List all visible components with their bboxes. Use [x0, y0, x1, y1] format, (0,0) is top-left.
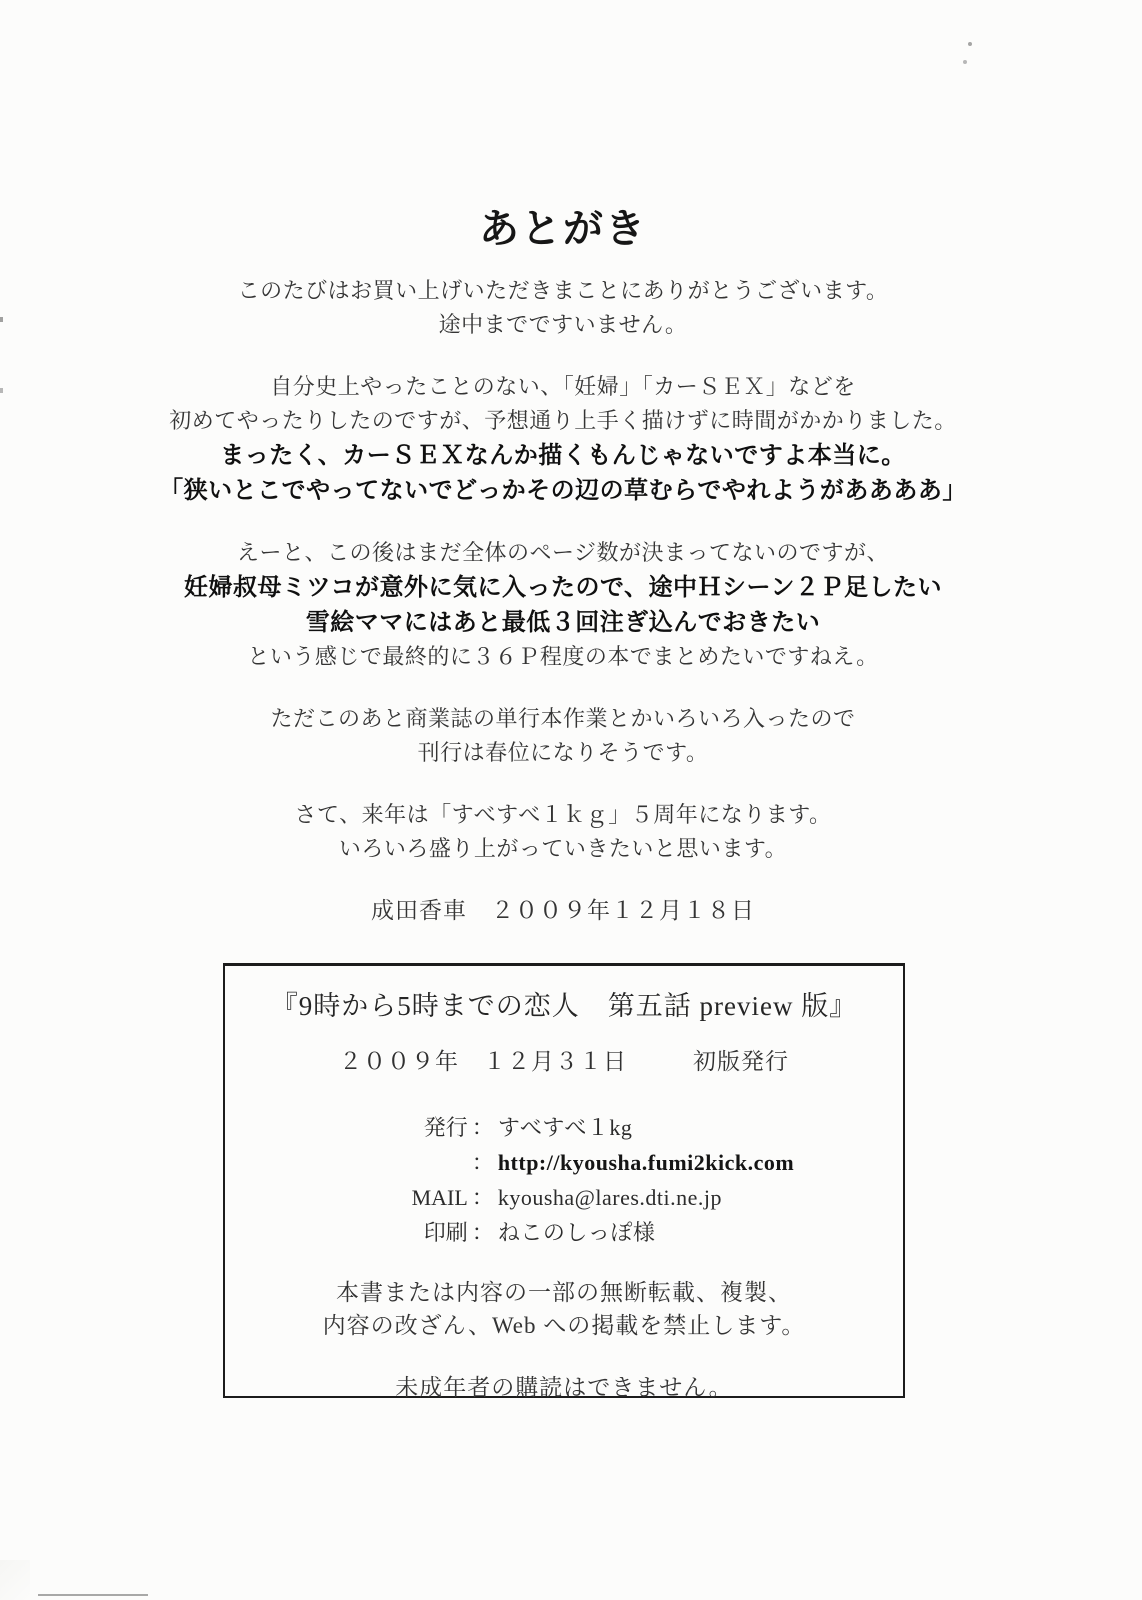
colophon-colon: ： [468, 1180, 498, 1215]
scan-speck [0, 388, 3, 393]
afterword-line: さて、来年は「すべすべ１ｋｇ」５周年になります。 [7, 798, 1119, 832]
afterword-block: このたびはお買い上げいただきまことにありがとうございます。途中までですいません。 [7, 274, 1119, 342]
afterword-line: 刊行は春位になりそうです。 [7, 736, 1119, 770]
afterword-line: 自分史上やったことのない、「妊婦」「カーＳＥＸ」などを [7, 370, 1119, 404]
colophon-colon: ： [468, 1110, 498, 1145]
colophon-value: すべすべ１kg [498, 1110, 794, 1145]
book-title: 『9時から5時までの恋人 第五話 preview 版』 [225, 988, 903, 1024]
afterword-block: 自分史上やったことのない、「妊婦」「カーＳＥＸ」などを初めてやったりしたのですが… [7, 370, 1119, 508]
page-title: あとがき [7, 0, 1119, 254]
afterword-line: 妊婦叔母ミツコが意外に気に入ったので、途中Ｈシーン２Ｐ足したい [7, 570, 1119, 605]
colophon-value: kyousha@lares.dti.ne.jp [498, 1180, 794, 1215]
age-notice: 未成年者の購読はできません。 [225, 1372, 903, 1404]
edition-label: 初版発行 [693, 1046, 789, 1078]
afterword-line: このたびはお買い上げいただきまことにありがとうございます。 [7, 274, 1119, 308]
afterword-line: 「狭いとこでやってないでどっかその辺の草むらでやれようがああああ」 [7, 473, 1119, 508]
colophon-label: MAIL [406, 1180, 468, 1215]
colophon-colon: ： [468, 1145, 498, 1180]
scan-corner-shade [0, 1560, 30, 1600]
colophon-rows: 発行：すべすべ１kg：http://kyousha.fumi2kick.comM… [406, 1110, 794, 1250]
notice-line: 内容の改ざん、Web への掲載を禁止します。 [225, 1309, 903, 1342]
afterword-line: という感じで最終的に３６Ｐ程度の本でまとめたいですねえ。 [7, 640, 1119, 674]
afterword-line: まったく、カーＳＥＸなんか描くもんじゃないですよ本当に。 [7, 438, 1119, 473]
afterword-line: いろいろ盛り上がっていきたいと思います。 [7, 832, 1119, 866]
notice-line: 本書または内容の一部の無断転載、複製、 [225, 1276, 903, 1309]
scan-speck [0, 317, 3, 322]
colophon-label [406, 1145, 468, 1180]
colophon-label: 発行 [406, 1110, 468, 1145]
colophon-label: 印刷 [406, 1215, 468, 1250]
colophon-value: ねこのしっぽ様 [498, 1215, 794, 1250]
afterword-line: ただこのあと商業誌の単行本作業とかいろいろ入ったので [7, 702, 1119, 736]
edition-date: ２００９年 １２月３１日 [339, 1046, 627, 1078]
afterword-block: ただこのあと商業誌の単行本作業とかいろいろ入ったので刊行は春位になりそうです。 [7, 702, 1119, 770]
afterword-line: 雪絵ママにはあと最低３回注ぎ込んでおきたい [7, 605, 1119, 640]
colophon-box: 『9時から5時までの恋人 第五話 preview 版』 ２００９年 １２月３１日… [223, 963, 905, 1398]
colophon-value: http://kyousha.fumi2kick.com [498, 1145, 794, 1180]
scanned-afterword-page: あとがき このたびはお買い上げいただきまことにありがとうございます。途中までです… [0, 0, 1142, 1600]
afterword-block: えーと、この後はまだ全体のページ数が決まってないのですが、妊婦叔母ミツコが意外に… [7, 536, 1119, 674]
scan-edge-line [38, 1594, 148, 1596]
colophon-colon: ： [468, 1215, 498, 1250]
afterword-section: あとがき このたびはお買い上げいただきまことにありがとうございます。途中までです… [7, 0, 1119, 928]
afterword-line: 途中までですいません。 [7, 308, 1119, 342]
notice-lines: 本書または内容の一部の無断転載、複製、内容の改ざん、Web への掲載を禁止します… [225, 1276, 903, 1342]
edition-line: ２００９年 １２月３１日 初版発行 [225, 1046, 903, 1078]
signature-line: 成田香車 ２００９年１２月１８日 [7, 894, 1119, 928]
afterword-block: さて、来年は「すべすべ１ｋｇ」５周年になります。いろいろ盛り上がっていきたいと思… [7, 798, 1119, 866]
afterword-line: 初めてやったりしたのですが、予想通り上手く描けずに時間がかかりました。 [7, 404, 1119, 438]
afterword-line: えーと、この後はまだ全体のページ数が決まってないのですが、 [7, 536, 1119, 570]
afterword-body: このたびはお買い上げいただきまことにありがとうございます。途中までですいません。… [7, 274, 1119, 866]
